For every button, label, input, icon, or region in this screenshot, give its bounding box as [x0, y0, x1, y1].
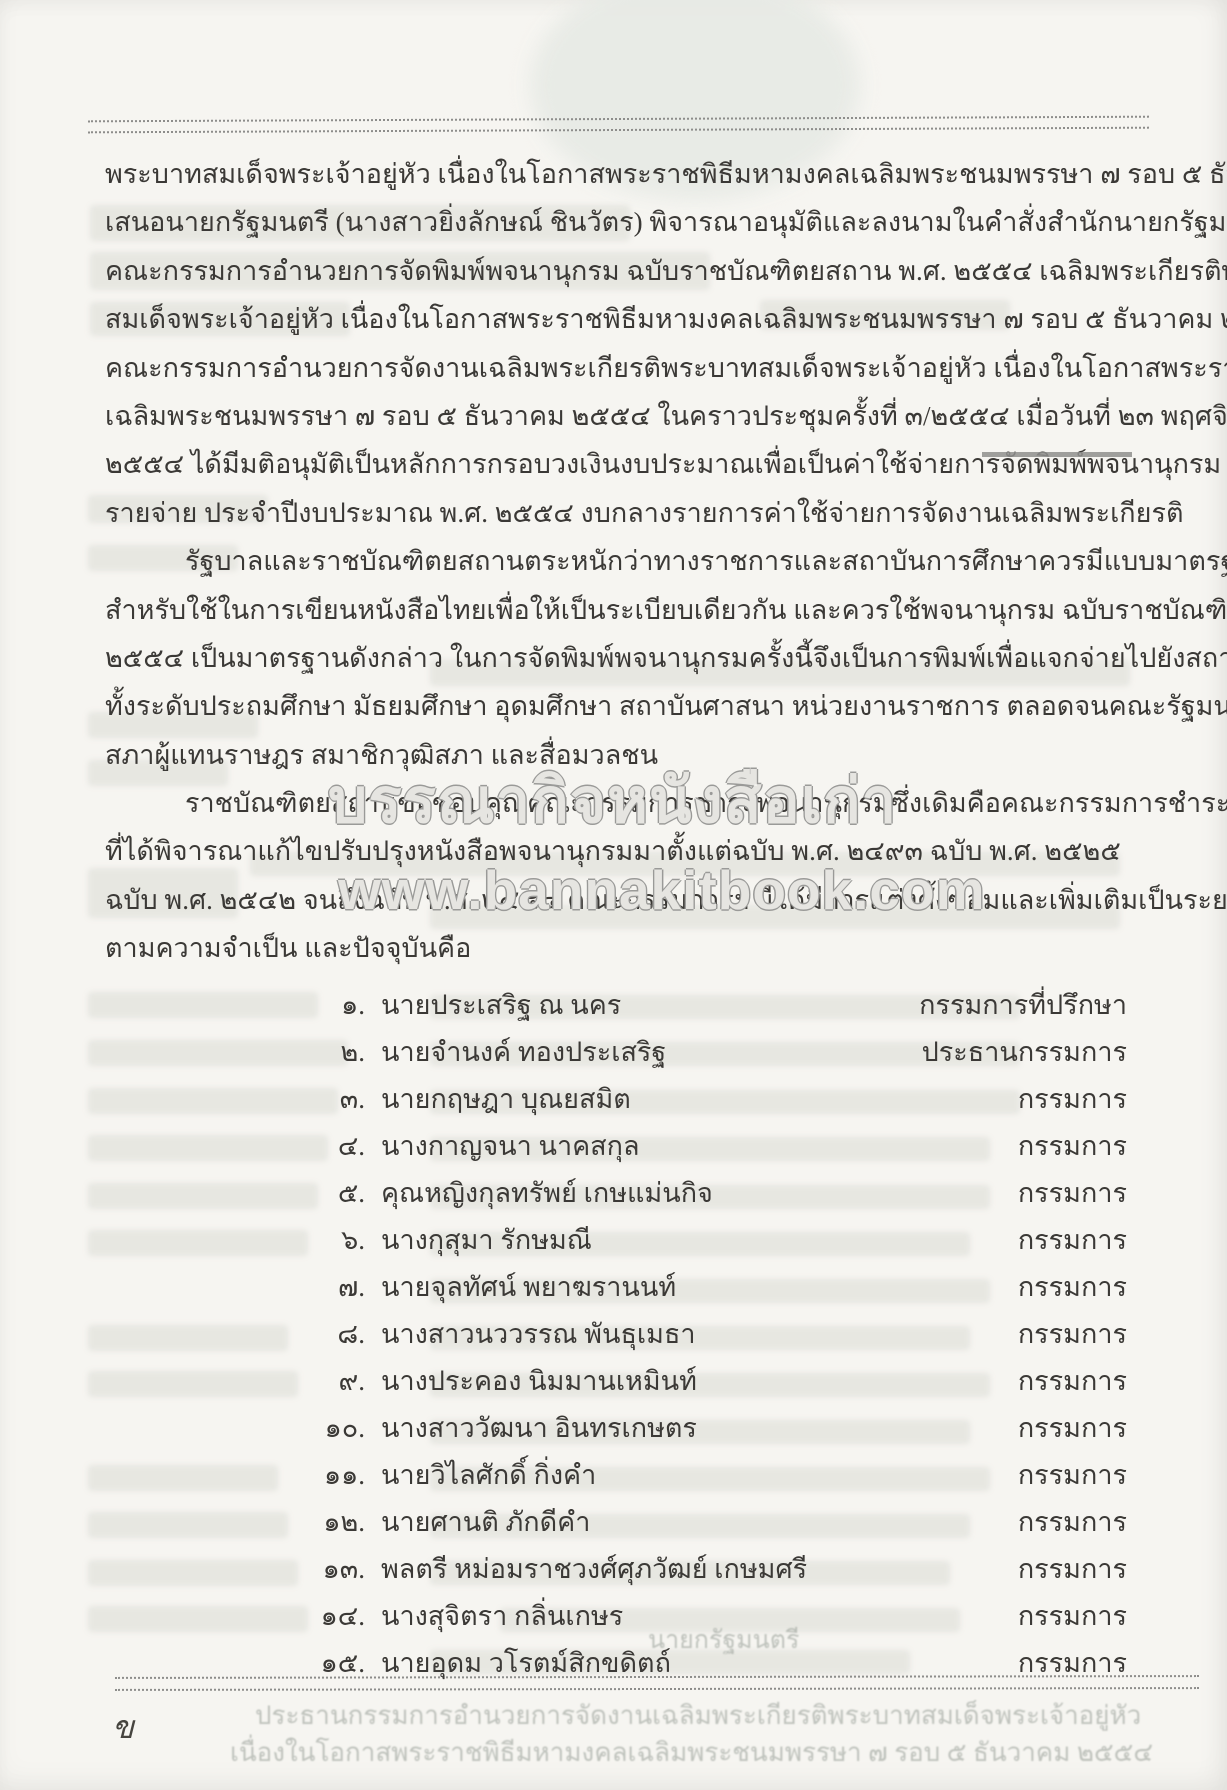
- scan-artifact-line: [982, 452, 1132, 457]
- committee-name: นายกฤษฎา บุณยสมิต: [381, 1076, 1018, 1123]
- committee-name: นายวิไลศักดิ์ กิ่งคำ: [381, 1452, 1018, 1499]
- committee-role: กรรมการ: [1018, 1076, 1127, 1123]
- committee-row: ๑๐.นางสาววัฒนา อินทรเกษตรกรรมการ: [105, 1405, 1127, 1452]
- committee-role: กรรมการ: [1018, 1217, 1127, 1264]
- committee-role: กรรมการที่ปรึกษา: [919, 982, 1127, 1029]
- committee-name: นางกาญจนา นาคสกุล: [381, 1123, 1018, 1170]
- committee-name: นางสาววัฒนา อินทรเกษตร: [381, 1405, 1018, 1452]
- committee-role: กรรมการ: [1018, 1640, 1127, 1687]
- committee-row: ๑.นายประเสริฐ ณ นครกรรมการที่ปรึกษา: [105, 982, 1127, 1029]
- committee-row: ๑๕.นายอุดม วโรตม์สิกขดิตถ์กรรมการ: [105, 1640, 1127, 1687]
- committee-name: นายจำนงค์ ทองประเสริฐ: [381, 1029, 922, 1076]
- committee-row: ๑๒.นายศานติ ภักดีคำกรรมการ: [105, 1499, 1127, 1546]
- committee-row: ๔.นางกาญจนา นาคสกุลกรรมการ: [105, 1123, 1127, 1170]
- committee-number: ๗.: [305, 1264, 365, 1311]
- committee-number: ๙.: [305, 1358, 365, 1405]
- committee-role: กรรมการ: [1018, 1264, 1127, 1311]
- body-line: เสนอนายกรัฐมนตรี (นางสาวยิ่งลักษณ์ ชินวั…: [105, 198, 1139, 246]
- committee-name: นางสาวนววรรณ พันธุเมธา: [381, 1311, 1018, 1358]
- committee-name: นายอุดม วโรตม์สิกขดิตถ์: [381, 1640, 1018, 1687]
- body-line: รัฐบาลและราชบัณฑิตยสถานตระหนักว่าทางราชก…: [105, 537, 1139, 585]
- committee-row: ๒.นายจำนงค์ ทองประเสริฐประธานกรรมการ: [105, 1029, 1127, 1076]
- committee-role: กรรมการ: [1018, 1170, 1127, 1217]
- committee-name: นางประคอง นิมมานเหมินท์: [381, 1358, 1018, 1405]
- body-line: ตามความจำเป็น และปัจจุบันคือ: [105, 924, 1139, 972]
- committee-number: ๑๕.: [305, 1640, 365, 1687]
- body-line: สำหรับใช้ในการเขียนหนังสือไทยเพื่อให้เป็…: [105, 586, 1139, 634]
- committee-role: กรรมการ: [1018, 1311, 1127, 1358]
- committee-role: ประธานกรรมการ: [922, 1029, 1127, 1076]
- committee-role: กรรมการ: [1018, 1405, 1127, 1452]
- body-line: คณะกรรมการอำนวยการจัดพิมพ์พจนานุกรม ฉบับ…: [105, 247, 1139, 295]
- committee-row: ๙.นางประคอง นิมมานเหมินท์กรรมการ: [105, 1358, 1127, 1405]
- committee-role: กรรมการ: [1018, 1546, 1127, 1593]
- body-line: ทั้งระดับประถมศึกษา มัธยมศึกษา อุดมศึกษา…: [105, 682, 1139, 730]
- committee-name: นายประเสริฐ ณ นคร: [381, 982, 919, 1029]
- committee-role: กรรมการ: [1018, 1499, 1127, 1546]
- watermark-url-text: www.bannakitbook.com: [338, 858, 985, 922]
- committee-role: กรรมการ: [1018, 1452, 1127, 1499]
- committee-name: นางกุสุมา รักษมณี: [381, 1217, 1018, 1264]
- scanned-document-page: นายกรัฐมนตรี ประธานกรรมการอำนวยการจัดงาน…: [0, 0, 1227, 1790]
- committee-role: กรรมการ: [1018, 1593, 1127, 1640]
- ghost-text-line: เนื่องในโอกาสพระราชพิธีมหามงคลเฉลิมพระชน…: [230, 1732, 1153, 1773]
- committee-role: กรรมการ: [1018, 1123, 1127, 1170]
- committee-row: ๓.นายกฤษฎา บุณยสมิตกรรมการ: [105, 1076, 1127, 1123]
- committee-row: ๑๔.นางสุจิตรา กลิ่นเกษรกรรมการ: [105, 1593, 1127, 1640]
- body-line: ๒๕๕๔ เป็นมาตรฐานดังกล่าว ในการจัดพิมพ์พจ…: [105, 634, 1139, 682]
- committee-name: นายจุลทัศน์ พยาฆรานนท์: [381, 1264, 1018, 1311]
- body-line: สมเด็จพระเจ้าอยู่หัว เนื่องในโอกาสพระราช…: [105, 295, 1139, 343]
- committee-number: ๑๑.: [305, 1452, 365, 1499]
- committee-row: ๑๑.นายวิไลศักดิ์ กิ่งคำกรรมการ: [105, 1452, 1127, 1499]
- committee-name: นางสุจิตรา กลิ่นเกษร: [381, 1593, 1018, 1640]
- committee-number: ๑๐.: [305, 1405, 365, 1452]
- committee-name: พลตรี หม่อมราชวงศ์ศุภวัฒย์ เกษมศรี: [381, 1546, 1018, 1593]
- body-line: ๒๕๕๔ ได้มีมติอนุมัติเป็นหลักการกรอบวงเงิ…: [105, 440, 1139, 488]
- body-line: พระบาทสมเด็จพระเจ้าอยู่หัว เนื่องในโอกาส…: [105, 150, 1139, 198]
- body-line: เฉลิมพระชนมพรรษา ๗ รอบ ๕ ธันวาคม ๒๕๕๔ ใน…: [105, 392, 1139, 440]
- committee-name: นายศานติ ภักดีคำ: [381, 1499, 1018, 1546]
- watermark-thai-text: บรรณากิจหนังสือเก่า: [328, 752, 897, 850]
- committee-row: ๖.นางกุสุมา รักษมณีกรรมการ: [105, 1217, 1127, 1264]
- committee-row: ๗.นายจุลทัศน์ พยาฆรานนท์กรรมการ: [105, 1264, 1127, 1311]
- committee-number: ๑.: [305, 982, 365, 1029]
- body-line: คณะกรรมการอำนวยการจัดงานเฉลิมพระเกียรติพ…: [105, 344, 1139, 392]
- ghost-text-line: ประธานกรรมการอำนวยการจัดงานเฉลิมพระเกียร…: [255, 1695, 1141, 1736]
- committee-number: ๑๒.: [305, 1499, 365, 1546]
- committee-row: ๕.คุณหญิงกุลทรัพย์ เกษแม่นกิจกรรมการ: [105, 1170, 1127, 1217]
- committee-list: ๑.นายประเสริฐ ณ นครกรรมการที่ปรึกษา ๒.นา…: [105, 982, 1127, 1687]
- committee-number: ๖.: [305, 1217, 365, 1264]
- committee-number: ๔.: [305, 1123, 365, 1170]
- body-line: รายจ่าย ประจำปีงบประมาณ พ.ศ. ๒๕๕๔ งบกลาง…: [105, 489, 1139, 537]
- committee-number: ๘.: [305, 1311, 365, 1358]
- page-number: ข: [112, 1702, 134, 1753]
- committee-number: ๒.: [305, 1029, 365, 1076]
- committee-row: ๑๓.พลตรี หม่อมราชวงศ์ศุภวัฒย์ เกษมศรีกรร…: [105, 1546, 1127, 1593]
- committee-number: ๕.: [305, 1170, 365, 1217]
- committee-row: ๘.นางสาวนววรรณ พันธุเมธากรรมการ: [105, 1311, 1127, 1358]
- committee-number: ๑๔.: [305, 1593, 365, 1640]
- committee-role: กรรมการ: [1018, 1358, 1127, 1405]
- committee-name: คุณหญิงกุลทรัพย์ เกษแม่นกิจ: [381, 1170, 1018, 1217]
- committee-number: ๓.: [305, 1076, 365, 1123]
- committee-number: ๑๓.: [305, 1546, 365, 1593]
